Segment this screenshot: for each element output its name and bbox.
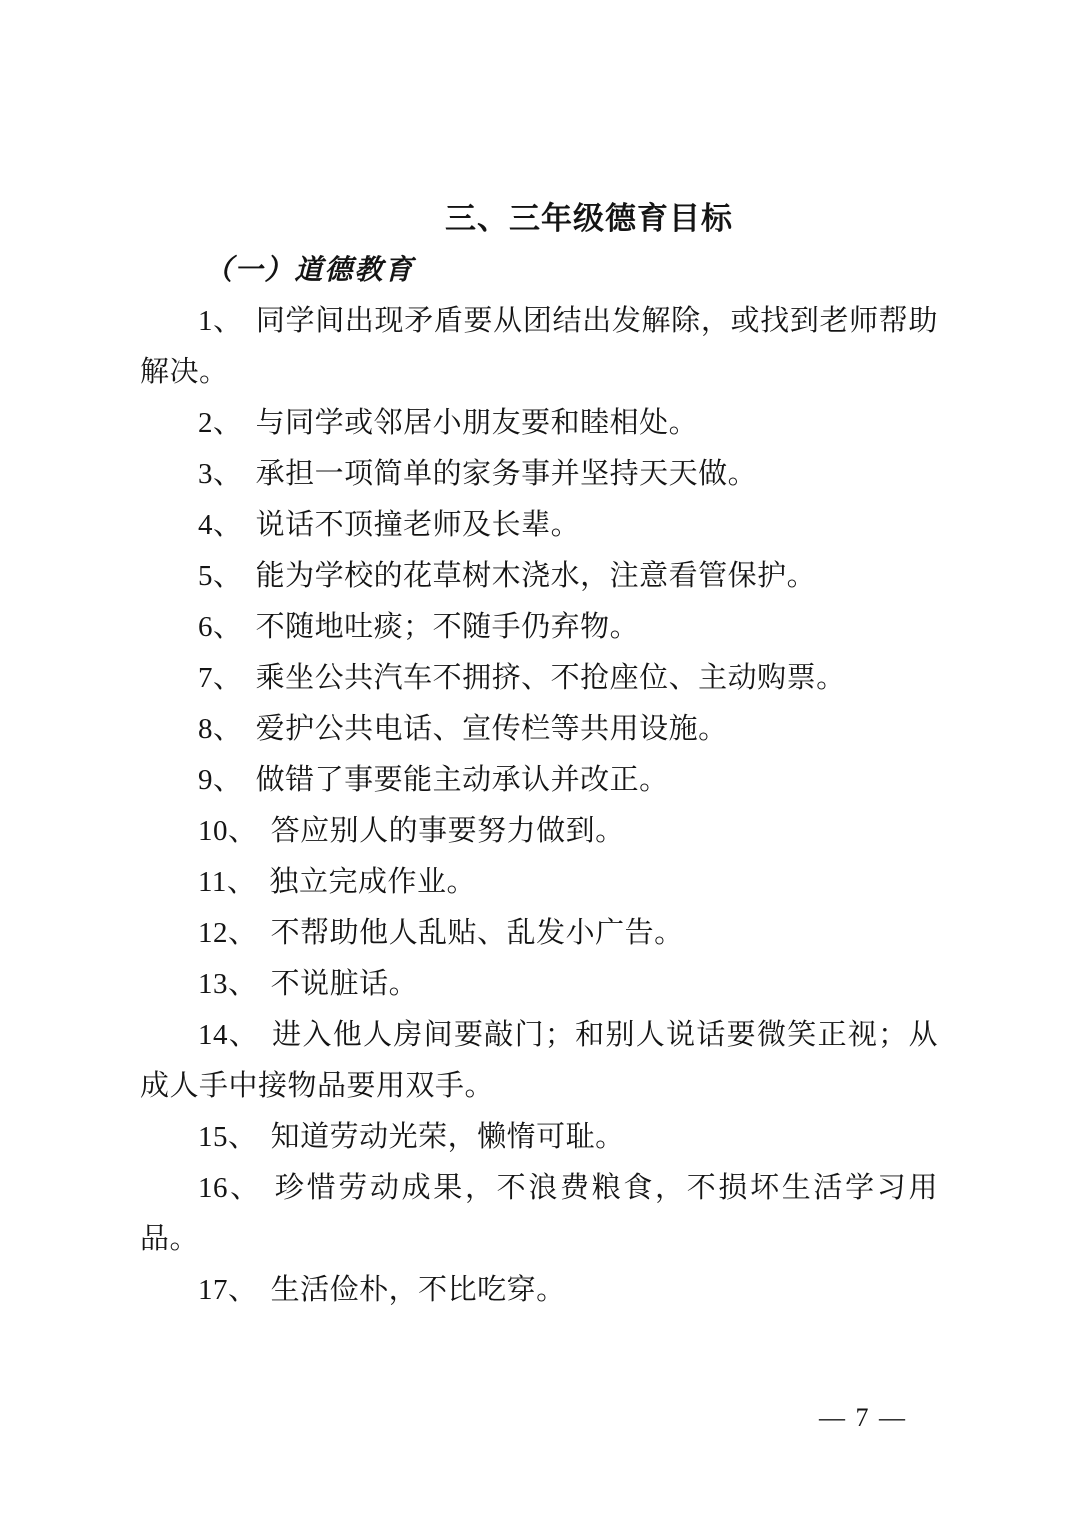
list-item: 7、乘坐公共汽车不拥挤、不抢座位、主动购票。: [140, 653, 938, 704]
item-text: 不说脏话。: [271, 968, 419, 1000]
document-page: 三、三年级德育目标 （一）道德教育 1、同学间出现矛盾要从团结出发解除，或找到老…: [0, 0, 1080, 1527]
item-number: 5、: [198, 560, 243, 592]
item-text: 乘坐公共汽车不拥挤、不抢座位、主动购票。: [256, 662, 846, 694]
item-number: 2、: [198, 407, 243, 439]
item-text: 生活俭朴，不比吃穿。: [271, 1274, 566, 1306]
item-number: 1、: [198, 305, 243, 337]
page-title: 三、三年级德育目标: [190, 194, 988, 245]
list-item: 13、不说脏话。: [140, 959, 938, 1010]
item-number: 12、: [198, 917, 258, 949]
item-text: 不随地吐痰；不随手仍弃物。: [256, 611, 640, 643]
item-text: 进入他人房间要敲门；和别人说话要微笑正视；从成人手中接物品要用双手。: [140, 1019, 938, 1102]
item-number: 16、: [198, 1172, 262, 1204]
list-item: 15、知道劳动光荣，懒惰可耻。: [140, 1112, 938, 1163]
document-content: 三、三年级德育目标 （一）道德教育 1、同学间出现矛盾要从团结出发解除，或找到老…: [140, 194, 938, 1316]
item-number: 8、: [198, 713, 243, 745]
list-item: 11、独立完成作业。: [140, 857, 938, 908]
item-number: 17、: [198, 1274, 258, 1306]
item-text: 做错了事要能主动承认并改正。: [256, 764, 669, 796]
item-text: 承担一项简单的家务事并坚持天天做。: [256, 458, 758, 490]
item-number: 10、: [198, 815, 258, 847]
item-text: 知道劳动光荣，懒惰可耻。: [271, 1121, 625, 1153]
item-list: 1、同学间出现矛盾要从团结出发解除，或找到老师帮助解决。2、与同学或邻居小朋友要…: [140, 296, 938, 1316]
list-item: 2、与同学或邻居小朋友要和睦相处。: [140, 398, 938, 449]
item-text: 说话不顶撞老师及长辈。: [256, 509, 581, 541]
item-text: 与同学或邻居小朋友要和睦相处。: [256, 407, 699, 439]
list-item: 4、说话不顶撞老师及长辈。: [140, 500, 938, 551]
item-text: 不帮助他人乱贴、乱发小广告。: [271, 917, 684, 949]
item-text: 答应别人的事要努力做到。: [271, 815, 625, 847]
list-item: 3、承担一项简单的家务事并坚持天天做。: [140, 449, 938, 500]
list-item: 5、能为学校的花草树木浇水，注意看管保护。: [140, 551, 938, 602]
item-text: 爱护公共电话、宣传栏等共用设施。: [256, 713, 728, 745]
list-item: 12、不帮助他人乱贴、乱发小广告。: [140, 908, 938, 959]
item-number: 11、: [198, 866, 256, 898]
item-number: 15、: [198, 1121, 258, 1153]
list-item: 8、爱护公共电话、宣传栏等共用设施。: [140, 704, 938, 755]
item-number: 3、: [198, 458, 243, 490]
item-number: 9、: [198, 764, 243, 796]
item-text: 独立完成作业。: [269, 866, 476, 898]
list-item: 6、不随地吐痰；不随手仍弃物。: [140, 602, 938, 653]
list-item: 9、做错了事要能主动承认并改正。: [140, 755, 938, 806]
item-number: 4、: [198, 509, 243, 541]
item-number: 7、: [198, 662, 243, 694]
item-number: 14、: [198, 1019, 259, 1051]
section-heading: （一）道德教育: [140, 245, 938, 296]
item-number: 6、: [198, 611, 243, 643]
page-number: — 7 —: [819, 1398, 907, 1438]
list-item: 10、答应别人的事要努力做到。: [140, 806, 938, 857]
item-text: 同学间出现矛盾要从团结出发解除，或找到老师帮助解决。: [140, 305, 938, 388]
item-number: 13、: [198, 968, 258, 1000]
list-item: 14、进入他人房间要敲门；和别人说话要微笑正视；从成人手中接物品要用双手。: [140, 1010, 938, 1112]
list-item: 16、珍惜劳动成果，不浪费粮食，不损坏生活学习用品。: [140, 1163, 938, 1265]
list-item: 17、生活俭朴，不比吃穿。: [140, 1265, 938, 1316]
item-text: 能为学校的花草树木浇水，注意看管保护。: [256, 560, 817, 592]
list-item: 1、同学间出现矛盾要从团结出发解除，或找到老师帮助解决。: [140, 296, 938, 398]
